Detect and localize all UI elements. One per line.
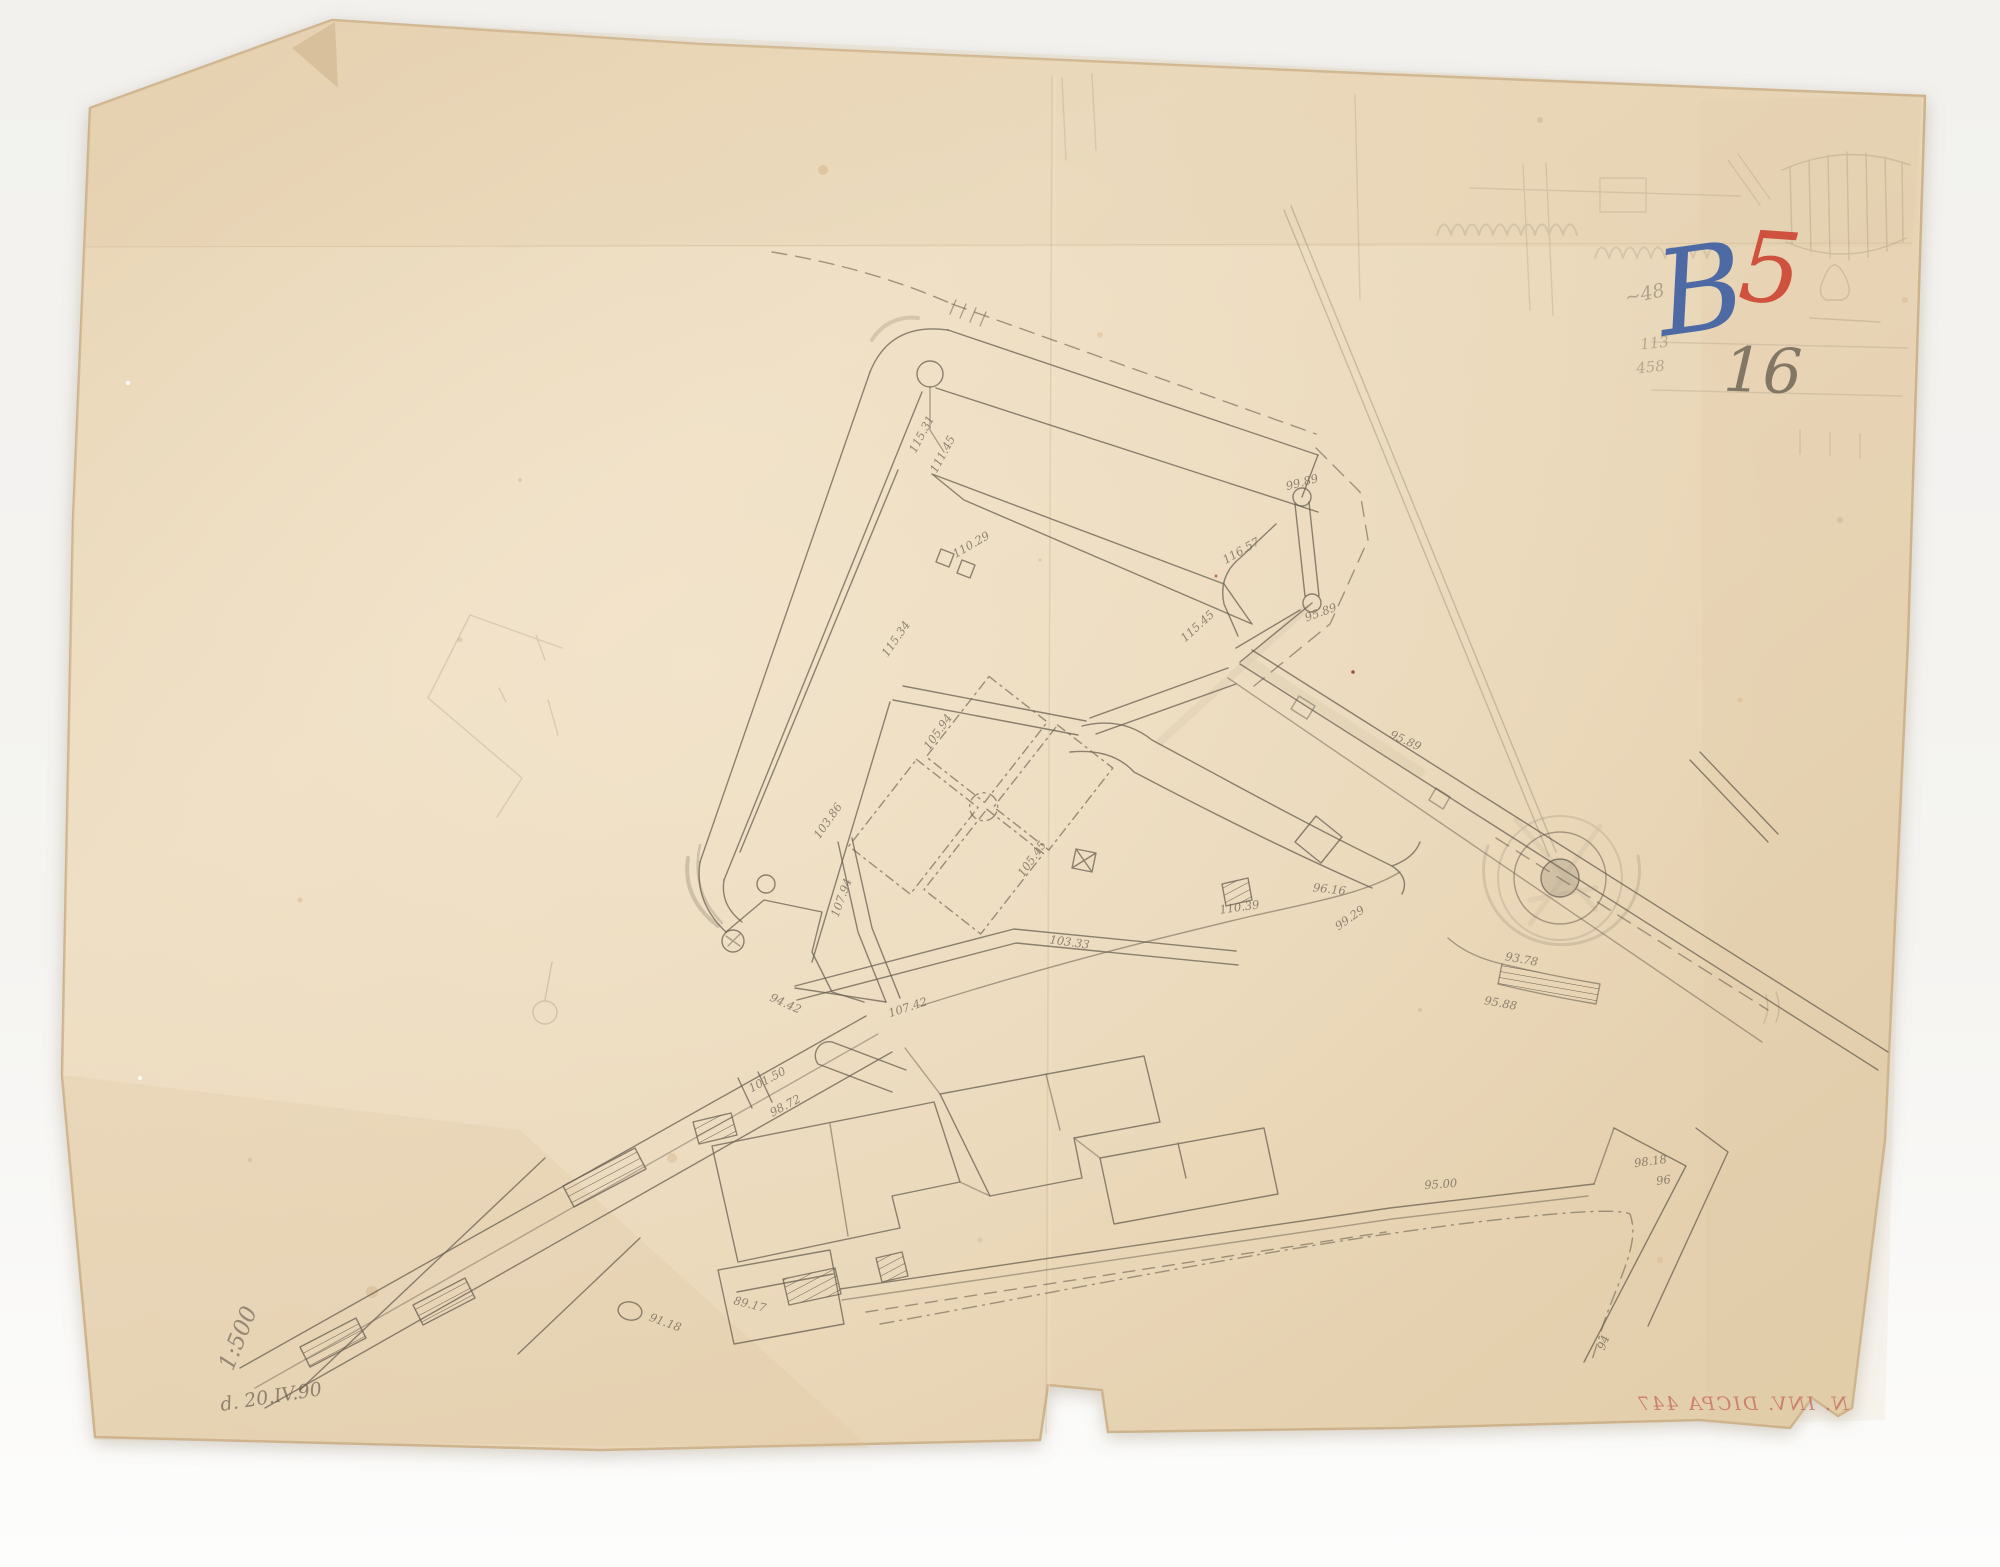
elevation-label: 96: [1655, 1172, 1671, 1188]
top-fold-tone: [86, 20, 1922, 247]
annotation-sheet-number: 16: [1722, 333, 1803, 409]
drawing-canvas: 115.31111.45110.29115.3499.89116.57115.4…: [0, 0, 2000, 1567]
scanned-drawing-stage: 115.31111.45110.29115.3499.89116.57115.4…: [0, 0, 2000, 1567]
annotation-pencil-fraction-numerator: 113: [1639, 333, 1669, 354]
paper-sheet: [62, 20, 1925, 1450]
elevation-label: 95.00: [1424, 1176, 1458, 1192]
annotation-inventory-stamp: N. INV. DICPA 447: [1636, 1393, 1849, 1415]
annotation-classification-number: 5: [1735, 210, 1805, 328]
annotation-pencil-fraction-denominator: 458: [1634, 357, 1665, 378]
